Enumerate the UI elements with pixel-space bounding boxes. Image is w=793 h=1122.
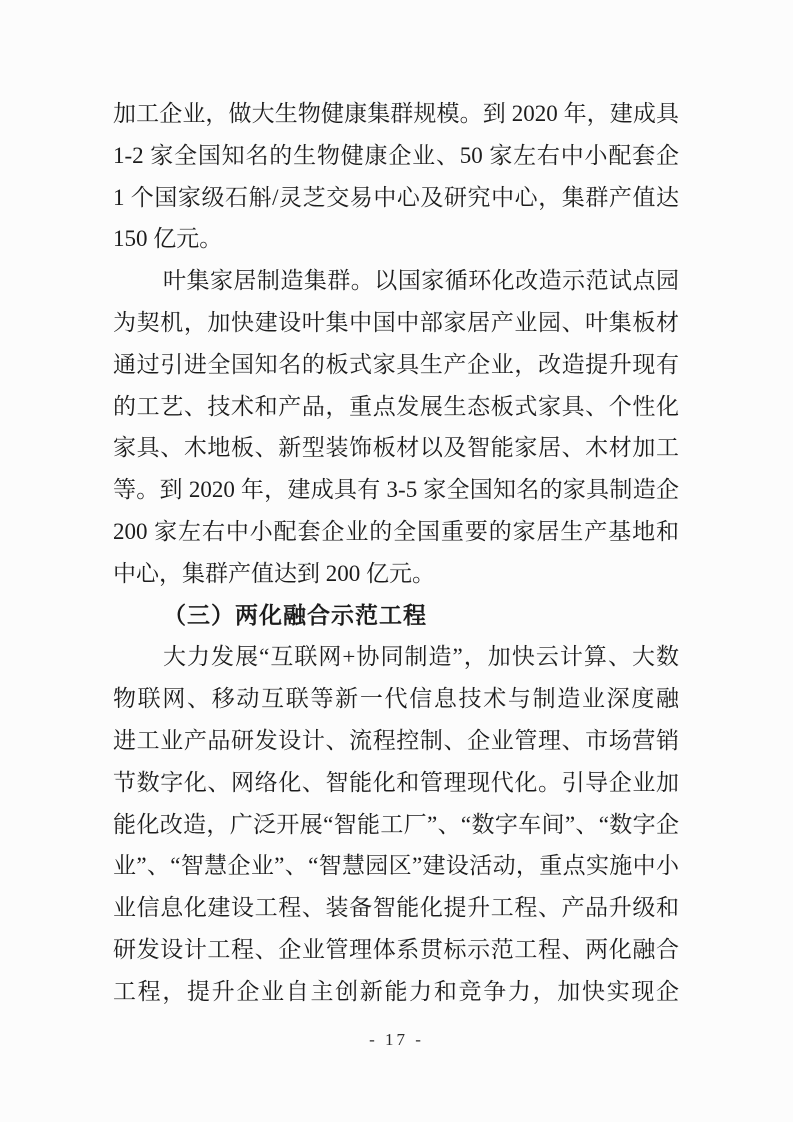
paragraph-yeji-furniture-cluster: 叶集家居制造集群。以国家循环化改造示范试点园区建设为契机，加快建设叶集中国中部家…	[113, 260, 679, 594]
text-line: 200 家左右中小配套企业的全国重要的家居生产基地和交易	[113, 511, 679, 553]
text-line: 家具、木地板、新型装饰板材以及智能家居、木材加工机械	[113, 427, 679, 469]
text-line: 节数字化、网络化、智能化和管理现代化。引导企业加大智	[113, 762, 679, 804]
text-line: 150 亿元。	[113, 218, 679, 260]
paragraph-informatization-integration: 大力发展“互联网+协同制造”，加快云计算、大数据、物联网、移动互联等新一代信息技…	[113, 636, 679, 1012]
text-line: 中心，集群产值达到 200 亿元。	[113, 553, 679, 595]
text-line: 大力发展“互联网+协同制造”，加快云计算、大数据、	[113, 636, 679, 678]
text-line: 的工艺、技术和产品，重点发展生态板式家具、个性化定制	[113, 386, 679, 428]
text-line: 研发设计工程、企业管理体系贯标示范工程、两化融合支撑	[113, 929, 679, 971]
text-line: 能化改造，广泛开展“智能工厂”、“数字车间”、“数字企	[113, 804, 679, 846]
document-body: 加工企业，做大生物健康集群规模。到 2020 年，建成具有1-2 家全国知名的生…	[113, 93, 679, 1013]
text-line: 1-2 家全国知名的生物健康企业、50 家左右中小配套企业、	[113, 135, 679, 177]
text-line: 叶集家居制造集群。以国家循环化改造示范试点园区建设	[113, 260, 679, 302]
text-line: 业”、“智慧企业”、“智慧园区”建设活动，重点实施中小企	[113, 845, 679, 887]
heading-section-3-integration-project: （三）两化融合示范工程	[113, 595, 679, 637]
text-line: 工程，提升企业自主创新能力和竞争力，加快实现企业、产	[113, 971, 679, 1013]
text-line: 业信息化建设工程、装备智能化提升工程、产品升级和产品	[113, 887, 679, 929]
page-footer: - 17 -	[0, 1030, 793, 1050]
text-line: 为契机，加快建设叶集中国中部家居产业园、叶集板材产业园，	[113, 302, 679, 344]
page-number: - 17 -	[369, 1030, 424, 1049]
text-line: 1 个国家级石斛/灵芝交易中心及研究中心，集群产值达到	[113, 177, 679, 219]
document-page: 加工企业，做大生物健康集群规模。到 2020 年，建成具有1-2 家全国知名的生…	[0, 0, 793, 1122]
text-line: 通过引进全国知名的板式家具生产企业，改造提升现有企业	[113, 344, 679, 386]
text-line: 物联网、移动互联等新一代信息技术与制造业深度融合，促	[113, 678, 679, 720]
heading-line: （三）两化融合示范工程	[113, 595, 679, 637]
paragraph-biohealth-cluster: 加工企业，做大生物健康集群规模。到 2020 年，建成具有1-2 家全国知名的生…	[113, 93, 679, 260]
text-line: 等。到 2020 年，建成具有 3-5 家全国知名的家具制造企业、	[113, 469, 679, 511]
text-line: 加工企业，做大生物健康集群规模。到 2020 年，建成具有	[113, 93, 679, 135]
text-line: 进工业产品研发设计、流程控制、企业管理、市场营销等环	[113, 720, 679, 762]
